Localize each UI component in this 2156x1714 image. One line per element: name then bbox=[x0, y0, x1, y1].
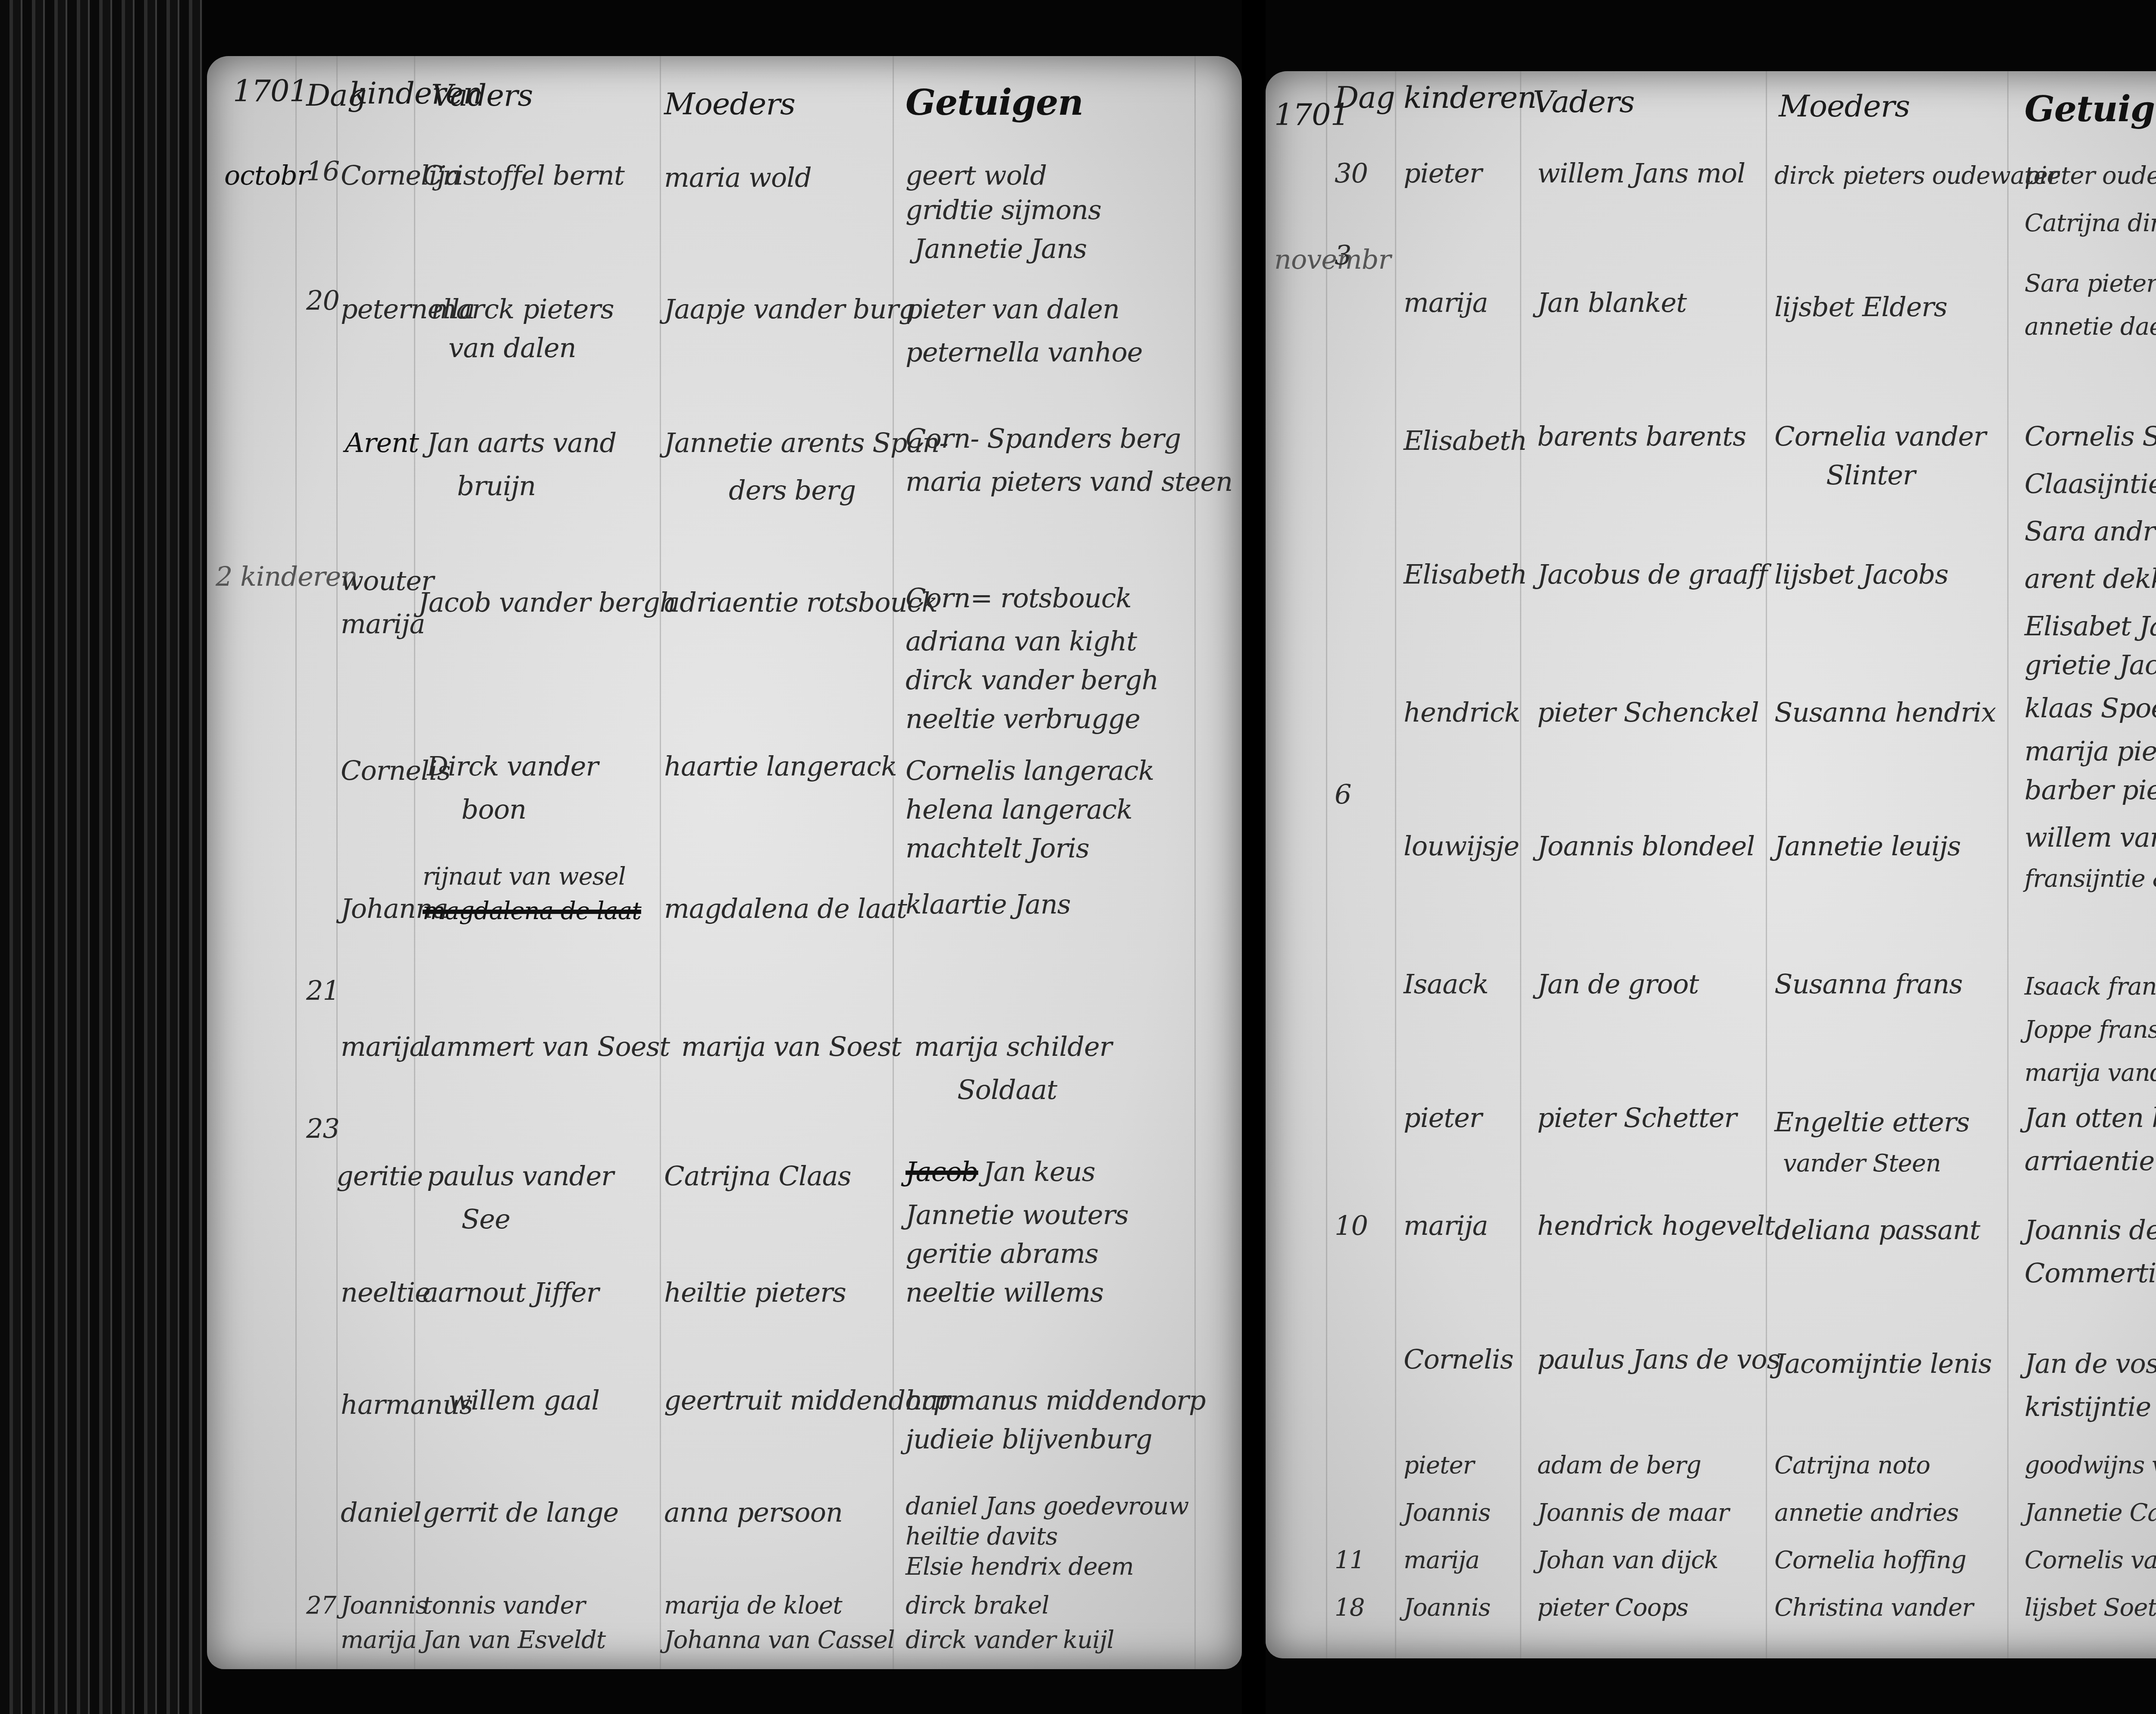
entry-mother: deliana passant bbox=[1774, 1214, 1980, 1246]
entry-witness: Jannetie Jans bbox=[914, 233, 1087, 264]
entry-father: Cristoffel bernt bbox=[423, 160, 624, 191]
entry-witness: dirck vander kuijl bbox=[906, 1626, 1114, 1654]
header-witnesses: Getuigen bbox=[2024, 88, 2156, 130]
entry-witness: lijsbet Soetbeek bbox=[2024, 1594, 2156, 1622]
entry-mother: Susanna hendrix bbox=[1774, 697, 1996, 728]
entry-witness: Joppe frans vander aart bbox=[2024, 1016, 2156, 1044]
entry-father: hendrick hogevelt bbox=[1537, 1210, 1775, 1241]
entry-father: Dirck vander bbox=[427, 750, 598, 782]
entry-father: paulus Jans de vos bbox=[1537, 1344, 1780, 1375]
entry-witness: Sara andries allot bbox=[2024, 515, 2156, 547]
entry-witness: barber pieters bbox=[2024, 774, 2156, 806]
entry-father: tonnis vander bbox=[423, 1592, 585, 1620]
entry-mother: Susanna frans bbox=[1774, 968, 1962, 1000]
entry-father-line2: van dalen bbox=[448, 332, 576, 364]
entry-mother: magdalena de laat bbox=[664, 893, 907, 924]
entry-witness: Elisabet Jans bbox=[2024, 610, 2156, 642]
entry-witness: Jan de vos bbox=[2024, 1348, 2156, 1379]
entry-day: 21 bbox=[306, 975, 339, 1006]
entry-father: Jan de groot bbox=[1537, 968, 1698, 1000]
entry-mother: Catrijna Claas bbox=[664, 1160, 851, 1192]
entry-mother: annetie andries bbox=[1774, 1499, 1959, 1527]
entry-father: aarnout Jiffer bbox=[423, 1277, 599, 1308]
entry-father: Joannis de maar bbox=[1537, 1499, 1729, 1527]
entry-witness: daniel Jans goedevrouw bbox=[906, 1492, 1188, 1520]
entry-father: Jacob vander bergh bbox=[418, 587, 677, 618]
register-entry-overflow: 27 Joannis tonnis vander marija de kloet… bbox=[207, 1592, 1242, 1669]
month-label: octobr bbox=[224, 160, 310, 191]
entry-day: 18 bbox=[1335, 1594, 1364, 1622]
entry-father-struck: magdalena de laat bbox=[423, 897, 641, 925]
entry-day: 11 bbox=[1335, 1546, 1364, 1574]
entry-mother: Jacomijntie lenis bbox=[1774, 1348, 1992, 1379]
entry-witness: gridtie sijmons bbox=[906, 194, 1101, 226]
header-day: Dag bbox=[1335, 80, 1395, 115]
entry-child: Joannis bbox=[1404, 1594, 1490, 1622]
entry-witness: Sara pieters oudewater bbox=[2024, 270, 2156, 298]
left-page: 1701 Dag kinderen Vaders Moeders Getuige… bbox=[207, 56, 1242, 1669]
column-rule bbox=[1326, 71, 1327, 1658]
entry-child: marija bbox=[341, 1031, 425, 1062]
entry-child: pieter bbox=[1404, 1102, 1482, 1133]
entry-mother: haartie langerack bbox=[664, 750, 897, 782]
entry-mother: Jaapje vander burg bbox=[664, 293, 915, 325]
entry-father: pieter Coops bbox=[1537, 1594, 1688, 1622]
entry-mother: marija van Soest bbox=[681, 1031, 901, 1062]
register-entry-overflow: pieter adam de berg Catrijna noto goodwi… bbox=[1266, 1451, 2156, 1658]
entry-witness: pieter oudewater bbox=[2024, 162, 2156, 190]
entry-day: 30 bbox=[1335, 157, 1368, 189]
entry-father-line2: bruijn bbox=[457, 470, 536, 502]
entry-witness: marija pieters bbox=[2024, 735, 2156, 767]
entry-witness: goodwijns van aarde bbox=[2024, 1451, 2156, 1479]
entry-father: paulus vander bbox=[427, 1160, 614, 1192]
entry-child: geritie bbox=[336, 1160, 423, 1192]
entry-mother: Christina vander bbox=[1774, 1594, 1973, 1622]
entry-witness: heiltie davits bbox=[906, 1523, 1057, 1551]
entry-mother: Engeltie etters bbox=[1774, 1106, 1969, 1138]
entry-child: hendrick bbox=[1404, 697, 1520, 728]
column-rule bbox=[660, 56, 661, 1669]
entry-child: Elisabeth bbox=[1404, 425, 1527, 456]
entry-witness: Cornelis langerack bbox=[906, 755, 1154, 786]
entry-witness: machtelt Joris bbox=[906, 832, 1089, 864]
entry-day: 20 bbox=[306, 285, 339, 316]
header-mother: Moeders bbox=[1779, 88, 1910, 124]
entry-mother-line2: ders berg bbox=[729, 474, 856, 506]
entry-witness: kristijntie van baart bbox=[2024, 1391, 2156, 1422]
entry-father: lammert van Soest bbox=[423, 1031, 670, 1062]
entry-father: barents barents bbox=[1537, 421, 1746, 452]
entry-mother: marija de kloet bbox=[664, 1592, 842, 1620]
entry-witness: judieie blijvenburg bbox=[906, 1423, 1152, 1455]
entry-father: Jan aarts vand bbox=[427, 427, 616, 458]
entry-mother: lijsbet Elders bbox=[1774, 291, 1947, 323]
entry-day: 10 bbox=[1335, 1210, 1368, 1241]
month-label: novembr bbox=[1274, 244, 1391, 275]
book-gutter bbox=[1242, 0, 1266, 1714]
entry-mother: Cornelia vander bbox=[1774, 421, 1986, 452]
column-rule bbox=[1194, 56, 1196, 1669]
column-rule bbox=[1395, 71, 1396, 1658]
entry-witness: marija schilder bbox=[914, 1031, 1112, 1062]
entry-father: rijnaut van wesel bbox=[423, 863, 626, 891]
entry-mother: anna persoon bbox=[664, 1497, 843, 1528]
entry-witness: willem van dongen bbox=[2024, 822, 2156, 853]
entry-mother: Johanna van Cassel bbox=[664, 1626, 895, 1654]
entry-child: marija bbox=[1404, 1210, 1488, 1241]
column-rule bbox=[1520, 71, 1521, 1658]
entry-child: Elisabeth bbox=[1404, 559, 1527, 590]
entry-witness: arent dekker bbox=[2024, 563, 2156, 594]
entry-day: 27 bbox=[306, 1592, 336, 1620]
entry-father-line2: boon bbox=[461, 794, 526, 825]
entry-mother: adriaentie rotsbouck bbox=[664, 587, 937, 618]
entry-witness: annetie daerts weduwe bbox=[2024, 313, 2156, 341]
entry-day: 23 bbox=[306, 1113, 339, 1144]
entry-day: 16 bbox=[306, 155, 339, 187]
entry-child: pieter bbox=[1404, 157, 1482, 189]
header-witnesses: Getuigen bbox=[906, 82, 1083, 123]
entry-witness: Jannetie Carels bbox=[2024, 1499, 2156, 1527]
entry-child: Arent bbox=[345, 427, 419, 458]
entry-father: willem gaal bbox=[448, 1384, 599, 1416]
entry-witness: geritie abrams bbox=[906, 1238, 1098, 1269]
entry-witness: Isaack frans vander aart bbox=[2024, 973, 2156, 1001]
entry-witness: arriaentie hoeftal bbox=[2024, 1145, 2156, 1177]
entry-child-line2: marija bbox=[341, 608, 425, 640]
entry-father: Joannis blondeel bbox=[1537, 830, 1755, 862]
entry-witness: Cornelis Schot bbox=[2024, 421, 2156, 452]
header-mother: Moeders bbox=[664, 86, 795, 122]
entry-witness: peternella vanhoe bbox=[906, 336, 1142, 368]
entry-child: pieter bbox=[1404, 1451, 1474, 1479]
entry-child: Joannis bbox=[341, 1592, 427, 1620]
entry-child: daniel bbox=[341, 1497, 421, 1528]
entry-child: Joannis bbox=[1404, 1499, 1490, 1527]
entry-witness: Claasijntie van beijeren bbox=[2024, 468, 2156, 499]
entry-child: neeltie bbox=[341, 1277, 430, 1308]
entry-witness: Joannis de president bbox=[2024, 1214, 2156, 1246]
entry-father: pieter Schenckel bbox=[1537, 697, 1759, 728]
year-heading: 1701 bbox=[233, 73, 308, 109]
entry-witness: fransijntie & Cornelia blondeel bbox=[2024, 865, 2156, 893]
entry-father-line2: See bbox=[461, 1203, 510, 1235]
entry-witness: neeltie willems bbox=[906, 1277, 1103, 1308]
column-rule bbox=[1766, 71, 1767, 1658]
entry-witness: klaas Spoelel bbox=[2024, 692, 2156, 724]
entry-witness: Corn= rotsbouck bbox=[906, 582, 1131, 614]
entry-father: marck pieters bbox=[431, 293, 614, 325]
entry-day: 3 bbox=[1335, 239, 1351, 271]
entry-mother: Cornelia hoffing bbox=[1774, 1546, 1966, 1574]
entry-witness: Soldaat bbox=[957, 1074, 1057, 1105]
entry-father: adam de berg bbox=[1537, 1451, 1701, 1479]
entry-witness: adriana van kight bbox=[906, 625, 1137, 657]
book-edge-left bbox=[0, 0, 203, 1714]
entry-day: 6 bbox=[1335, 779, 1351, 810]
entry-witness: Corn- Spanders berg bbox=[906, 423, 1181, 454]
entry-child: Isaack bbox=[1404, 968, 1489, 1000]
column-rule bbox=[295, 56, 297, 1669]
entry-witness: pieter van dalen bbox=[906, 293, 1119, 325]
entry-witness: klaartie Jans bbox=[906, 888, 1071, 920]
entry-father: gerrit de lange bbox=[423, 1497, 618, 1528]
header-child: kinderen bbox=[1404, 80, 1536, 115]
entry-father: Jan blanket bbox=[1537, 287, 1686, 318]
entry-mother: heiltie pieters bbox=[664, 1277, 846, 1308]
entry-father: Johan van dijck bbox=[1537, 1546, 1718, 1574]
entry-witness: marija vander aart bbox=[2024, 1059, 2156, 1087]
entry-witness: Jannetie wouters bbox=[906, 1199, 1128, 1231]
right-page: 1701 Dag kinderen Vaders Moeders Getuige… bbox=[1266, 71, 2156, 1658]
margin-note: 2 kinderen bbox=[216, 561, 357, 592]
entry-witness: neeltie verbrugge bbox=[906, 703, 1140, 735]
entry-mother-line2: vander Steen bbox=[1783, 1149, 1941, 1177]
entry-witness: dirck brakel bbox=[906, 1592, 1049, 1620]
entry-mother: Catrijna noto bbox=[1774, 1451, 1930, 1479]
entry-witness: maria pieters vand steen bbox=[906, 466, 1232, 497]
entry-witness: Elsie hendrix deem bbox=[906, 1553, 1134, 1581]
entry-witness: harmanus middendorp bbox=[906, 1384, 1206, 1416]
entry-child: marija bbox=[1404, 287, 1488, 318]
entry-witness: Jan keus bbox=[983, 1156, 1095, 1187]
entry-father: willem Jans mol bbox=[1537, 157, 1745, 189]
entry-father: pieter Schetter bbox=[1537, 1102, 1736, 1133]
entry-witness: Jan otten huijs bbox=[2024, 1102, 2156, 1133]
entry-witness: helena langerack bbox=[906, 794, 1132, 825]
entry-mother: maria wold bbox=[664, 162, 812, 193]
entry-witness: grietie Jacobs bbox=[2024, 649, 2156, 681]
entry-witness: Catrijna dircks de keizing bbox=[2024, 209, 2156, 237]
entry-witness-struck: Jacob bbox=[906, 1156, 978, 1187]
entry-witness: geert wold bbox=[906, 160, 1047, 191]
entry-witness: dirck vander bergh bbox=[906, 664, 1158, 696]
entry-witness: Commertie hogevelt bbox=[2024, 1257, 2156, 1289]
entry-father: Jan van Esveldt bbox=[423, 1626, 605, 1654]
column-rule bbox=[2007, 71, 2009, 1658]
entry-father: Jacobus de graaff bbox=[1537, 559, 1767, 590]
entry-mother: Jannetie leuijs bbox=[1774, 830, 1961, 862]
entry-child: Cornelis bbox=[1404, 1344, 1514, 1375]
entry-mother: dirck pieters oudewater bbox=[1774, 162, 2059, 190]
entry-child: marija bbox=[341, 1626, 417, 1654]
entry-witness: Cornelis van dijck bbox=[2024, 1546, 2156, 1574]
header-father: Vaders bbox=[431, 78, 533, 113]
entry-child: marija bbox=[1404, 1546, 1479, 1574]
entry-mother-line2: Slinter bbox=[1826, 459, 1915, 491]
entry-child: louwijsje bbox=[1404, 830, 1519, 862]
header-father: Vaders bbox=[1533, 84, 1634, 119]
entry-mother: lijsbet Jacobs bbox=[1774, 559, 1948, 590]
